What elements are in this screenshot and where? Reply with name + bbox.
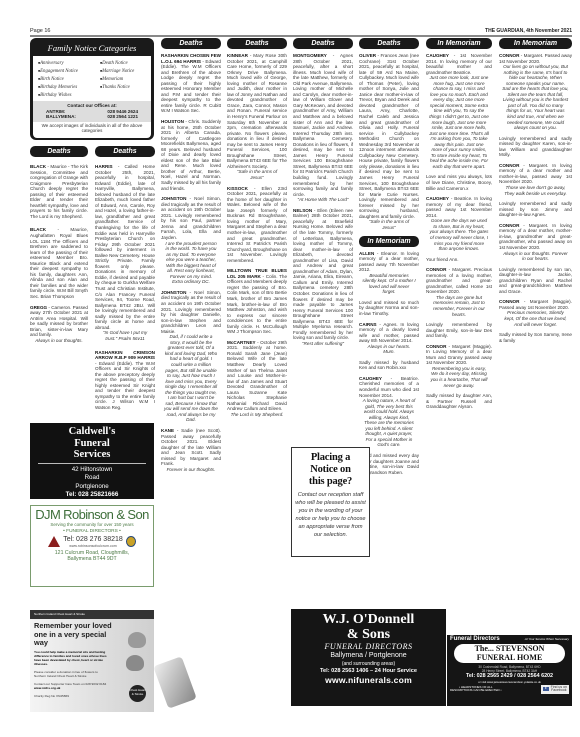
ad-name-oval: The... STEVENSON FUNERAL HOME <box>454 644 565 663</box>
notice: Sadly missed by daughter Ann, & Partner … <box>426 393 492 410</box>
notice: Your friend Ann. <box>426 257 492 263</box>
notice-verse: Our lives go on without you, But nothing… <box>499 64 572 131</box>
column-8: In Memoriam CONNOR - Margaret. Passed aw… <box>499 38 572 348</box>
ad-contact: Contact our Supporter Care Team on 028 9… <box>30 680 114 692</box>
notice-name: HOUSTON <box>161 119 184 124</box>
paper-title-date: THE GUARDIAN, 4th November 2021 <box>485 28 572 34</box>
images-note: We accept images of individuals in all o… <box>38 123 146 134</box>
ad-body-bold: You could help make a memorial sits and … <box>34 650 107 666</box>
notice: Sadly missed by husband Ken and son Robi… <box>359 360 419 371</box>
ad-body: You could help make a memorial sits and … <box>30 648 114 668</box>
notice-text: - Cameron. Passed away 27th October 2021… <box>30 305 88 338</box>
notice: KANE - Sadie (nee Scott). Passed away pe… <box>161 428 221 472</box>
notice-text: - Ellen 23rd October 2021, peacefully at… <box>227 186 287 263</box>
notice-name: CONNOR <box>499 163 519 168</box>
notice: BLACK - Maurice - The Kirk Session, Comm… <box>30 164 88 219</box>
category-birth-notice: Birth Notice <box>38 76 100 83</box>
categories-list: Anniversary Death Notice Engagement Noti… <box>38 60 146 99</box>
ad-body-2: Please consider a donation in lieu of fl… <box>30 668 114 680</box>
notice: RASHARKIN CRIMSON ARROW R.B.P 909 HARRIS… <box>95 350 155 411</box>
notice-text: Sadly missed by daughter Ann, & Partner … <box>426 393 492 409</box>
notice: Lovingly remembered and sadly missed by … <box>499 201 572 218</box>
ad-band-sub: At Your Service When Necessary <box>525 637 569 641</box>
notice: Love and miss you always, lots of love D… <box>426 174 492 191</box>
ad-line: Caldwell's <box>30 426 154 438</box>
ad-website: www.nifunerals.com <box>291 675 446 685</box>
placing-heading: this page? <box>295 476 366 488</box>
notice-verse: "In God have I put my trust." Psalm 56v1… <box>95 330 155 341</box>
notice-name: CAUGHEY <box>426 196 449 201</box>
ad-line: Funeral <box>30 438 154 450</box>
notice-verse: Dad, if I could write a story, It would … <box>161 334 221 423</box>
notice-verse: Remembering you is easy, We do it every … <box>426 366 492 388</box>
notice-verse: I are the proudest person in the world. … <box>161 241 221 285</box>
notice-name: CONNOR <box>426 267 446 272</box>
ad-band: Northern Ireland Chest Heart & Stroke <box>30 610 154 619</box>
notice: JOHNSTON - Noel Simon, died tragically a… <box>161 290 221 423</box>
notice: CAUGHEY - Beatrice. In loving memory of … <box>426 196 492 251</box>
notice-verse: Beautiful memories silently kept. Of a m… <box>359 273 419 295</box>
ad-footer: • HEADSTONES OF ALL DESCRIPTIONS CAN BE … <box>450 685 569 694</box>
ad-phone-row: Tel: 028 276 38218 www.robinsonsofculcru… <box>31 536 153 548</box>
column-7: In Memoriam CAUGHEY - 1st November 2014.… <box>426 38 492 415</box>
ad-phone: Tel: 028 276 38218 <box>63 536 123 544</box>
page-number: Page 16 <box>30 28 51 34</box>
contact-offices: Contact our Offices at: ANTRIM: 028 9446… <box>33 101 151 122</box>
header-rule <box>30 35 572 37</box>
notice-text: - Ellen (Eileen nee Balmer) 28th October… <box>293 208 353 341</box>
category-engagement-notice: Engagement Notice <box>38 68 100 75</box>
notice: HARRIS - Called Home October 25th, 2021,… <box>95 164 155 342</box>
crest-icon <box>126 536 136 547</box>
notice-text: Lovingly remembered by son Ian, daughter… <box>499 267 572 294</box>
notice: CAUGHEY - Beatrice. Cherished memories o… <box>359 376 419 448</box>
facebook-icon: f <box>543 687 549 691</box>
heart-icon <box>128 632 146 648</box>
notice: MILLTOWN TRUE BLUES LOL 205 MARK - Colin… <box>227 268 287 335</box>
category-birthday-memories: Birthday Memories <box>38 84 100 91</box>
notice-verse: Always in our thoughts. <box>30 338 88 344</box>
notice-name: GREGG <box>30 305 47 310</box>
notice: KINNEAR - Mary Rose 30th October 2021, a… <box>227 53 287 181</box>
notice-name: KANE <box>161 428 174 433</box>
notice-text: Lovingly remembered by daughter Emily, s… <box>426 322 492 338</box>
category-memoriam: Memoriam <box>100 76 156 83</box>
notice-text: Lovingly remembered and sadly missed by … <box>499 201 572 217</box>
notice-text: - Colin. The Officers and Members deeply… <box>227 274 287 334</box>
notice-name: HARRIS <box>95 164 113 169</box>
notice: HOUSTON - Chris. Suddenly at his home, 2… <box>161 119 221 191</box>
notice: GREGG - Cameron. Passed away 27th Octobe… <box>30 305 88 344</box>
notice: Loved and missed so much by daughter Nor… <box>359 300 419 317</box>
wj-odonnell-ad: W.J. O'Donnell & Sons FUNERAL DIRECTORS … <box>291 609 446 706</box>
notice-text: - Edward (Eddie). The W.M Officers and S… <box>95 361 155 410</box>
ad-service: FUNERAL DIRECTORS <box>291 642 446 652</box>
notice-text: Sadly missed by Son Sammy, Irene & famil… <box>499 332 572 343</box>
notice: McCARTNEY - October 29th 2021. Suddenly … <box>227 340 287 418</box>
column-3: Deaths RASHARKIN CHOSEN FEW L.O.L 694 HA… <box>161 38 221 477</box>
section-header-in-memoriam: In Memoriam <box>359 236 419 247</box>
notice-verse: Always in our hearts. Mum. <box>359 344 419 355</box>
notice-verse: "Safe in the arms of Jesus" <box>359 219 419 230</box>
notice-name: MONTGOMERY <box>293 53 327 58</box>
notice: KISSOCK - Ellen 23rd October 2021, peace… <box>227 186 287 264</box>
divider <box>38 463 146 464</box>
notice-verse: Those we love don't go away, They walk b… <box>499 185 572 196</box>
notice-text: - Maurice - The Kirk Session, Committee … <box>30 164 88 219</box>
ad-website: www.nichs.org.uk <box>34 686 60 690</box>
notice: Lovingly remembered by daughter Emily, s… <box>426 322 492 339</box>
ad-headline: Remember your loved one in a very specia… <box>30 619 120 648</box>
office-name: BALLYMENA: <box>46 114 76 120</box>
notice-text: Loved and missed so much by daughter Nor… <box>359 300 419 316</box>
notice: JOHNSTON - Noel Simon, died tragically a… <box>161 196 221 285</box>
nichs-ad: Northern Ireland Chest Heart & Stroke Re… <box>30 610 154 712</box>
section-header-in-memoriam: In Memoriam <box>426 38 492 49</box>
notice-verse: Just one more look, Just one more hug, J… <box>426 75 492 169</box>
notice-verse: Precious memories, Silently kept, Of the… <box>499 310 572 327</box>
notice-text: - October 29th 2021. Suddenly at home. R… <box>227 340 287 412</box>
ad-address: 42 Hiltonstown <box>30 466 154 474</box>
notice-name: CONNOR <box>426 344 446 349</box>
notice-name: BLACK <box>30 227 46 232</box>
notice: BLACK - Maurice, Aughafatten Royal Blues… <box>30 227 88 299</box>
notice-verse: A loving nature, A heart of gold, The ve… <box>359 398 419 448</box>
notice: OLIVER - Frances Jean (nee Cochrane) 31s… <box>359 53 419 231</box>
notice: CONNOR - Margaret. In loving memory of a… <box>499 223 572 262</box>
notice-text: Your friend Ann. <box>426 257 459 262</box>
notice: CONNOR - Margaret. In loving memory of a… <box>499 163 572 196</box>
notice-verse: Always in our thoughts. Forever in our h… <box>499 251 572 262</box>
notice: CAIRNS - Agnes. In loving memory of a de… <box>359 322 419 355</box>
ad-phone: Tel: 028 2563 1406 – 24 Hour Service <box>291 667 446 675</box>
notice-name: KISSOCK <box>227 186 248 191</box>
notice-text: - Frances Jean (nee Cochrane) 31st Octob… <box>359 53 419 219</box>
ad-name: & Sons <box>291 627 446 642</box>
djm-robinson-ad: DJM Robinson & Son Serving the community… <box>30 505 154 587</box>
notice-verse: "At Home With The Lord" <box>293 197 353 203</box>
category-death-notice: Death Notice <box>100 60 156 67</box>
notice-name: ALLEN <box>359 251 374 256</box>
ad-address: Road <box>30 474 154 482</box>
notice-name: CONNOR <box>499 223 519 228</box>
notice: RASHARKIN CHOSEN FEW L.O.L 694 HARRIS - … <box>161 53 221 114</box>
notice-name: CAUGHEY <box>359 376 382 381</box>
notice: CONNOR - Margaret (Maggie). Passed away … <box>499 299 572 327</box>
notice: MONTGOMERY - Agnes 28th October 2021, pe… <box>293 53 353 203</box>
ad-website: or visit www.jamesstevensonandson.yolasi… <box>450 680 569 684</box>
notice-text: - Chris. Suddenly at his home, 25th Octo… <box>161 119 221 191</box>
heart-icon <box>126 655 144 671</box>
notice: CONNOR - Margaret (Maggie). In Loving Me… <box>426 344 492 388</box>
column-4: Deaths KINNEAR - Mary Rose 30th October … <box>227 38 287 422</box>
family-notice-categories-box: Family Notice Categories Anniversary Dea… <box>30 38 154 140</box>
ad-footer-line: DESCRIPTIONS CAN BE ERECTED • <box>450 689 502 693</box>
notice-text: Love and miss you always, lots of love D… <box>426 174 492 190</box>
ad-band: Funeral Directors At Your Service When N… <box>450 636 569 642</box>
notice-verse: The days are gone but memories remain, J… <box>426 295 492 317</box>
section-header-deaths: Deaths <box>30 146 88 157</box>
section-header-in-memoriam: In Memoriam <box>499 38 572 49</box>
notice-name: NELSON <box>293 208 312 213</box>
notice-verse: The Lord is My Shepherd. <box>227 412 287 418</box>
placing-heading: Placing a <box>295 452 366 464</box>
nichs-logo: Chest Heart & Stroke <box>129 685 146 702</box>
notice: Lovingly remembered and sadly missed by … <box>499 136 572 158</box>
notice-name: McCARTNEY <box>227 340 256 345</box>
notice-name: OLIVER <box>359 53 376 58</box>
book-image <box>153 656 197 709</box>
notice-verse: Forever in our thoughts. <box>161 467 221 473</box>
notice-name: BLACK <box>30 164 46 169</box>
notice-text: - Sadie (nee Scott). Passed away peacefu… <box>161 428 221 466</box>
ad-phone: Tel: 028 2565 2429 / 028 2564 6202 <box>450 673 569 680</box>
ad-service: • FUNERAL DIRECTORS • <box>31 528 153 535</box>
notice-text: - Noel Simon, died tragically as the res… <box>161 290 221 334</box>
ad-line: Services <box>30 449 154 461</box>
logo-triangle-icon <box>48 536 60 547</box>
placing-text: Contact our reception staff who will be … <box>295 491 366 539</box>
notice: Lovingly remembered by son Ian, daughter… <box>499 267 572 295</box>
ad-address: Ballymena BT44 9DT <box>31 556 153 562</box>
section-header-deaths: Deaths <box>161 38 221 49</box>
office-phone: 028 2564 1221 <box>107 114 138 120</box>
stevenson-funeral-ad: Funeral Directors At Your Service When N… <box>447 635 572 706</box>
notice-text: Sadly missed by husband Ken and son Robi… <box>359 360 419 371</box>
section-header-deaths: Deaths <box>227 38 287 49</box>
placing-heading: Notice on <box>295 464 366 476</box>
notice-name: CAIRNS <box>359 322 377 327</box>
ad-phone: Tel: 028 25821666 <box>30 491 154 498</box>
facebook-badge: f Find us on Facebook <box>541 685 569 694</box>
notice: CONNOR - Margaret. Passed away 1st Novem… <box>499 53 572 131</box>
ad-band-title: Funeral Directors <box>450 636 500 642</box>
category-marriage-notice: Marriage Notice <box>100 68 156 75</box>
ad-name: FUNERAL HOME <box>454 654 565 663</box>
notice: CAUGHEY - 1st November 2014. In loving m… <box>426 53 492 169</box>
column-2: Deaths HARRIS - Called Home October 25th… <box>95 146 155 416</box>
section-header-deaths: Deaths <box>293 38 353 49</box>
ad-name: W.J. O'Donnell <box>291 612 446 627</box>
notice-text: - Noel Simon, died tragically as the res… <box>161 196 221 240</box>
notice: NELSON - Ellen (Eileen nee Balmer) 28th … <box>293 208 353 347</box>
column-5: Deaths MONTGOMERY - Agnes 28th October 2… <box>293 38 353 351</box>
categories-title: Family Notice Categories <box>33 43 151 53</box>
caldwells-funeral-ad: Caldwell's Funeral Services 42 Hiltonsto… <box>30 423 154 499</box>
ad-charity-number: Charity Reg No XN45869 <box>30 692 114 700</box>
notice-name: CONNOR <box>499 53 519 58</box>
notice-verse: "Safe in the arms of Jesus" <box>227 169 287 180</box>
ad-name: DJM Robinson & Son <box>31 508 153 522</box>
ad-website: www.robinsonsofculcrum.com <box>63 544 123 548</box>
categories-inner: Anniversary Death Notice Engagement Noti… <box>33 56 151 138</box>
notice-text: - Called Home October 25th, 2021, peacef… <box>95 164 155 330</box>
notice: Sadly missed by Son Sammy, Irene & famil… <box>499 332 572 343</box>
newspaper-page: Page 16 THE GUARDIAN, 4th November 2021 … <box>0 0 580 737</box>
office-row-ballymena: BALLYMENA: 028 2564 1221 <box>43 114 141 120</box>
notice-name: RASHARKIN CRIMSON ARROW R.B.P 909 HARRIS <box>95 350 155 361</box>
notice-name: JOHNSTON <box>161 290 186 295</box>
notice-text: - Agnes 28th October 2021, peacefully, a… <box>293 53 353 197</box>
category-thanks-notice: Thanks Notice <box>100 84 156 91</box>
placing-notice-box: Placing a Notice on this page? Contact o… <box>291 447 370 557</box>
notice-text: - Mary Rose 30th October 2021, at Camphi… <box>227 53 287 169</box>
notice-name: CONNOR <box>499 299 519 304</box>
notice: CONNOR - Margaret. Precious memories of … <box>426 267 492 317</box>
category-birthday-wishes: Birthday Wishes <box>38 92 100 99</box>
notice-name: JOHNSTON <box>161 196 186 201</box>
ad-address: Portglenone <box>30 483 154 491</box>
column-6: Deaths OLIVER - Frances Jean (nee Cochra… <box>359 38 419 480</box>
notice-name: KINNEAR <box>227 53 248 58</box>
facebook-label: Facebook <box>551 689 567 693</box>
notice-verse: "Rest after suffering" <box>293 341 353 347</box>
category-anniversary: Anniversary <box>38 60 100 67</box>
notice-name: CAUGHEY <box>426 53 449 58</box>
column-1: Deaths BLACK - Maurice - The Kirk Sessio… <box>30 146 88 348</box>
section-header-deaths: Deaths <box>95 146 155 157</box>
notice-verse: Gone are the days we used to share, But … <box>426 218 492 251</box>
notice: ALLEN - Eleanor. In loving memory of a d… <box>359 251 419 295</box>
ad-locations: Ballymena / Portglenone <box>291 652 446 661</box>
notice-text: - Edward (Eddie). The W.M Officers and B… <box>161 59 221 114</box>
section-header-deaths: Deaths <box>359 38 419 49</box>
notice-text: Lovingly remembered and sadly missed by … <box>499 136 572 158</box>
notice-text: - Maurice, Aughafatten Royal Blues LOL 1… <box>30 227 88 299</box>
